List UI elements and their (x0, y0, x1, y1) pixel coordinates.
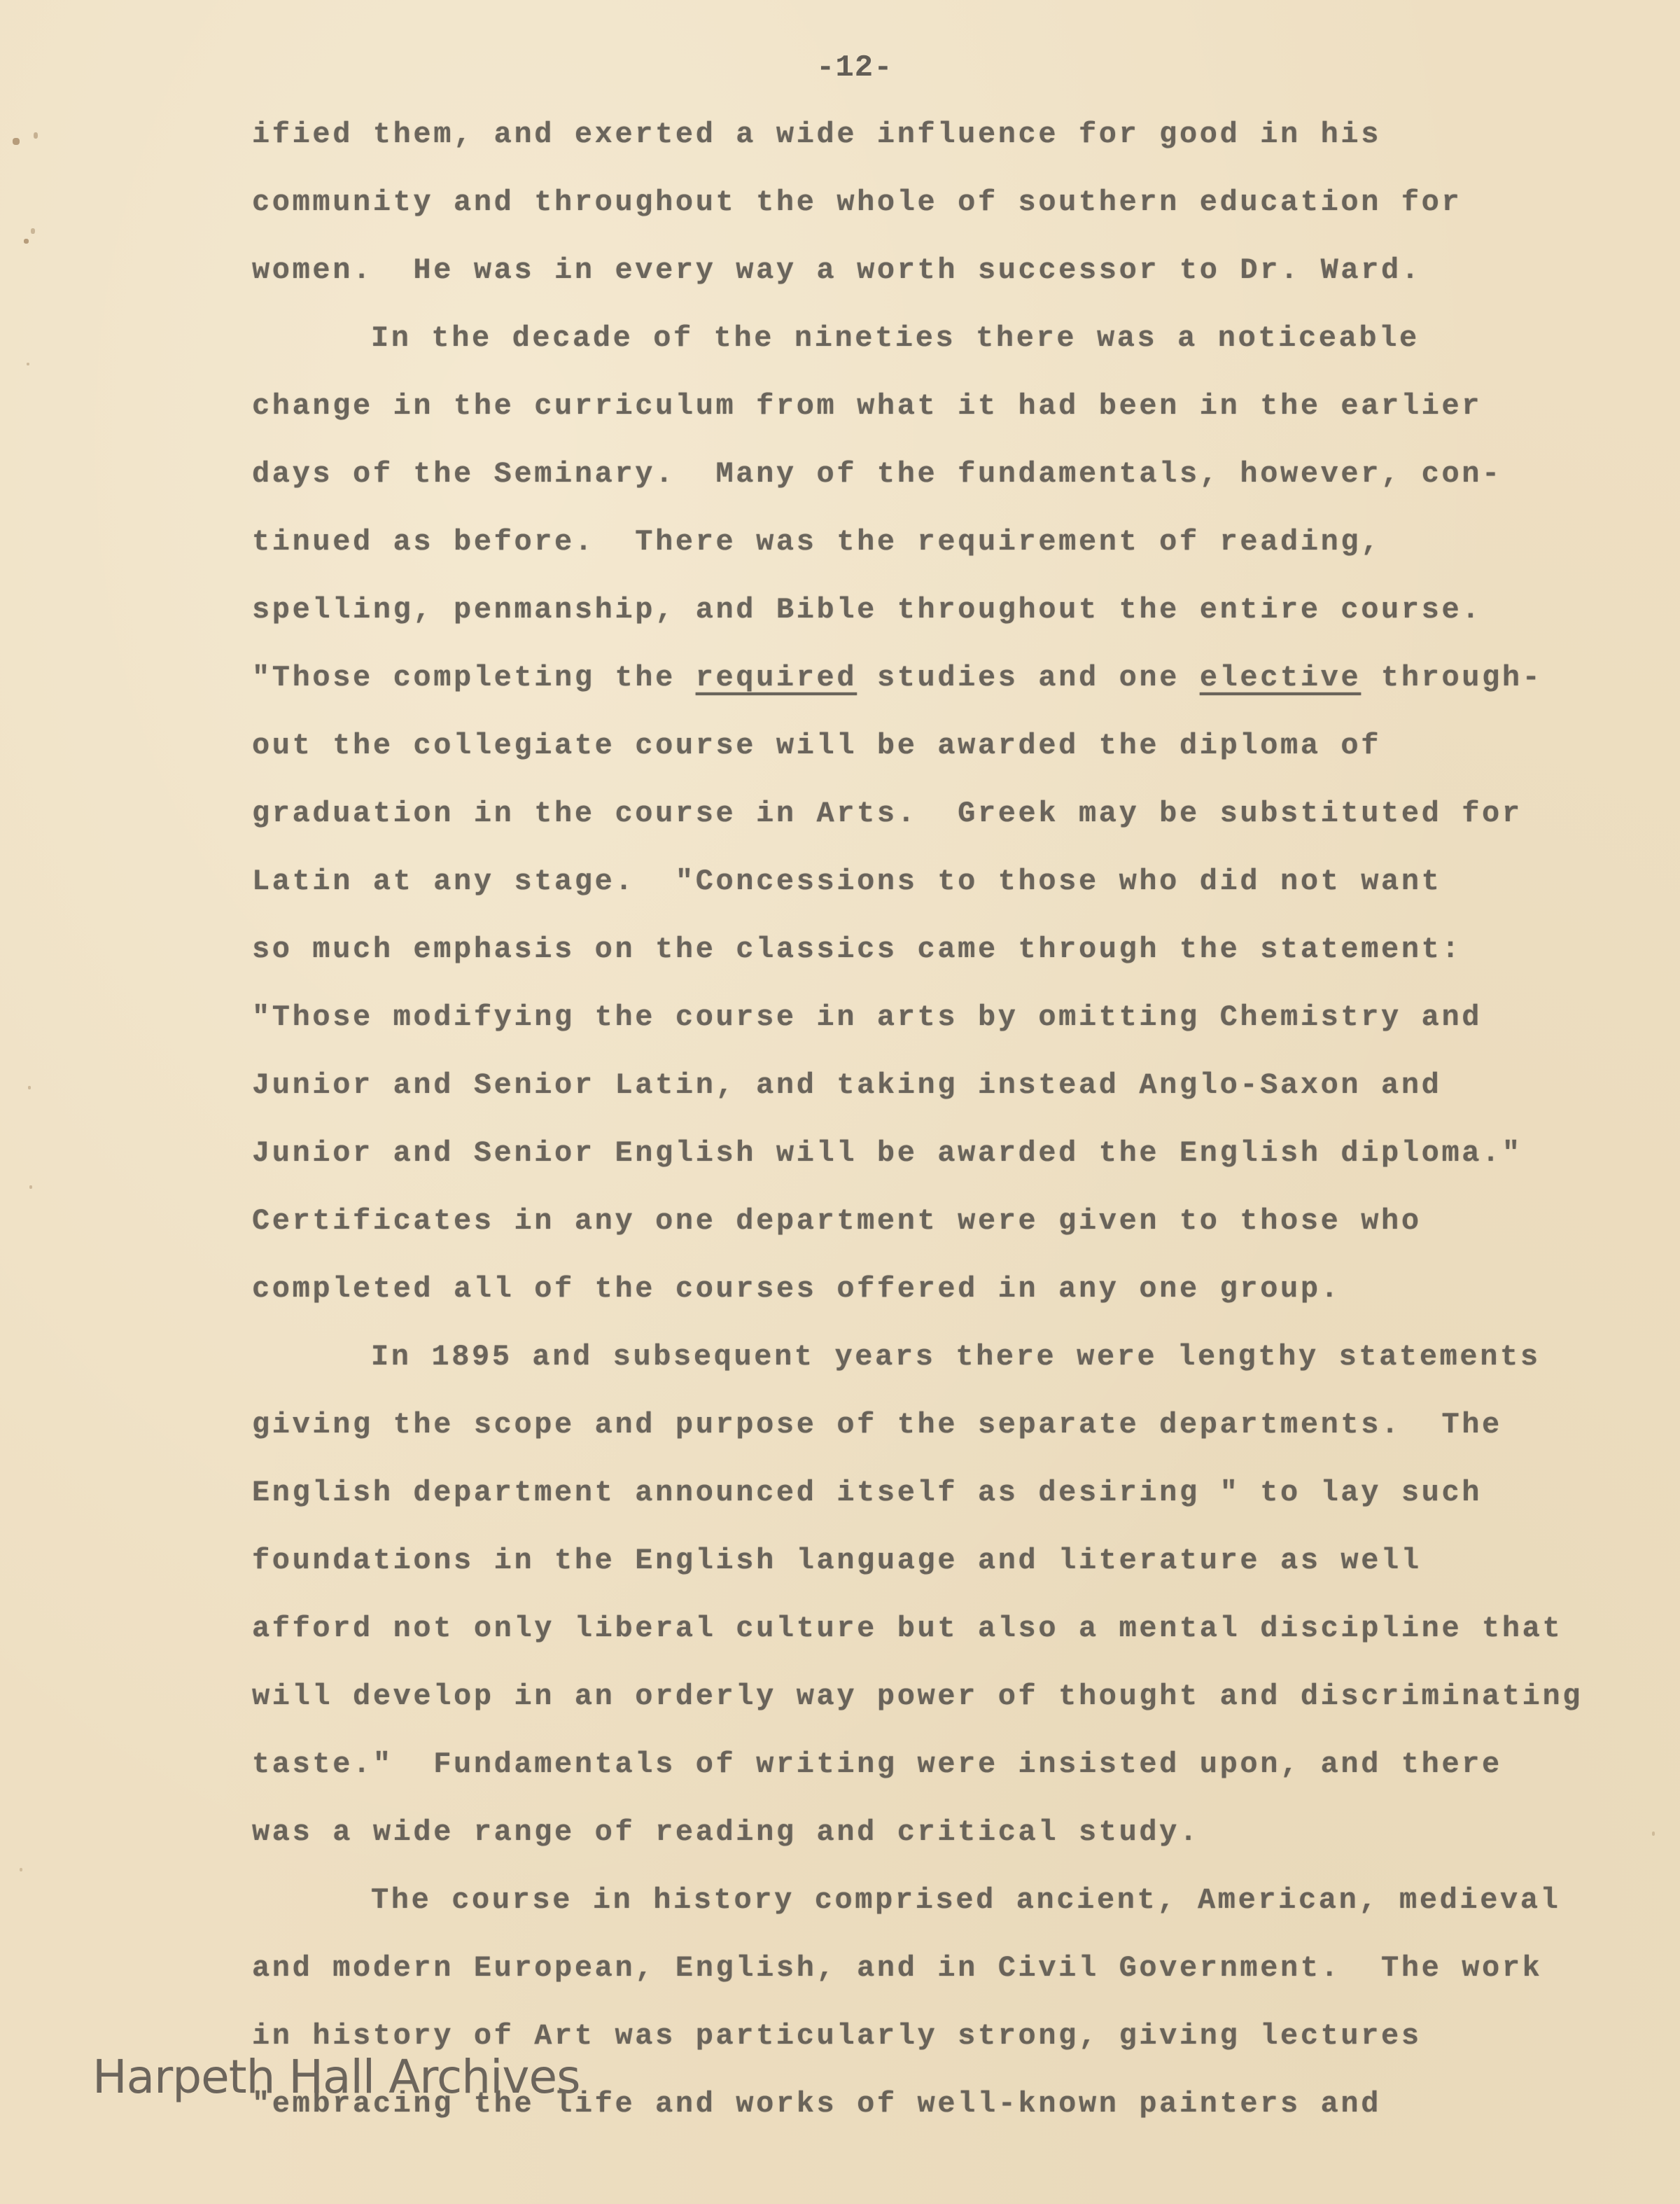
text-line: in history of Art was particularly stron… (252, 2019, 1422, 2053)
text-line: giving the scope and purpose of the sepa… (252, 1408, 1502, 1442)
text-line: Latin at any stage. "Concessions to thos… (252, 865, 1441, 898)
text-line: foundations in the English language and … (252, 1544, 1422, 1577)
text-line: women. He was in every way a worth succe… (252, 253, 1422, 287)
text-line: spelling, penmanship, and Bible througho… (252, 593, 1482, 627)
text-line: taste." Fundamentals of writing were ins… (252, 1748, 1502, 1781)
text-line: "Those completing the required studies a… (252, 661, 1543, 695)
margin-speck (29, 1185, 32, 1189)
margin-speck (31, 228, 35, 234)
text-line: In 1895 and subsequent years there were … (371, 1340, 1541, 1374)
text-run: studies and one (857, 661, 1200, 695)
text-line: ified them, and exerted a wide influence… (252, 118, 1381, 151)
underlined-word: elective (1200, 661, 1361, 695)
text-line: "Those modifying the course in arts by o… (252, 1000, 1482, 1034)
text-line: was a wide range of reading and critical… (252, 1815, 1200, 1849)
text-line: and modern European, English, and in Civ… (252, 1951, 1542, 1985)
text-line: afford not only liberal culture but also… (252, 1612, 1562, 1645)
margin-speck (13, 138, 20, 145)
text-line: Junior and Senior Latin, and taking inst… (252, 1068, 1441, 1102)
text-run: "Those completing the (252, 661, 696, 695)
text-line: The course in history comprised ancient,… (371, 1883, 1560, 1917)
document-page: -12- ified them, and exerted a wide infl… (0, 0, 1680, 2204)
text-line: so much emphasis on the classics came th… (252, 933, 1462, 966)
text-line: out the collegiate course will be awarde… (252, 729, 1381, 762)
margin-speck (28, 1086, 31, 1089)
text-line: Certificates in any one department were … (252, 1204, 1422, 1238)
text-line: change in the curriculum from what it ha… (252, 389, 1482, 423)
underlined-word: required (696, 661, 857, 695)
margin-speck (20, 1868, 22, 1871)
text-line: completed all of the courses offered in … (252, 1272, 1340, 1306)
page-number: -12- (816, 50, 893, 85)
margin-speck (24, 239, 29, 244)
margin-speck (1652, 1832, 1655, 1836)
margin-speck (27, 363, 29, 365)
text-line: In the decade of the nineties there was … (371, 321, 1420, 355)
archive-watermark: Harpeth Hall Archives (92, 2050, 580, 2104)
margin-speck (34, 132, 38, 139)
text-line: community and throughout the whole of so… (252, 186, 1462, 219)
text-run: through- (1361, 661, 1542, 695)
text-line: Junior and Senior English will be awarde… (252, 1136, 1522, 1170)
text-line: English department announced itself as d… (252, 1476, 1482, 1509)
text-line: graduation in the course in Arts. Greek … (252, 797, 1522, 830)
text-line: will develop in an orderly way power of … (252, 1680, 1583, 1713)
text-line: tinued as before. There was the requirem… (252, 525, 1381, 559)
text-line: days of the Seminary. Many of the fundam… (252, 457, 1502, 491)
